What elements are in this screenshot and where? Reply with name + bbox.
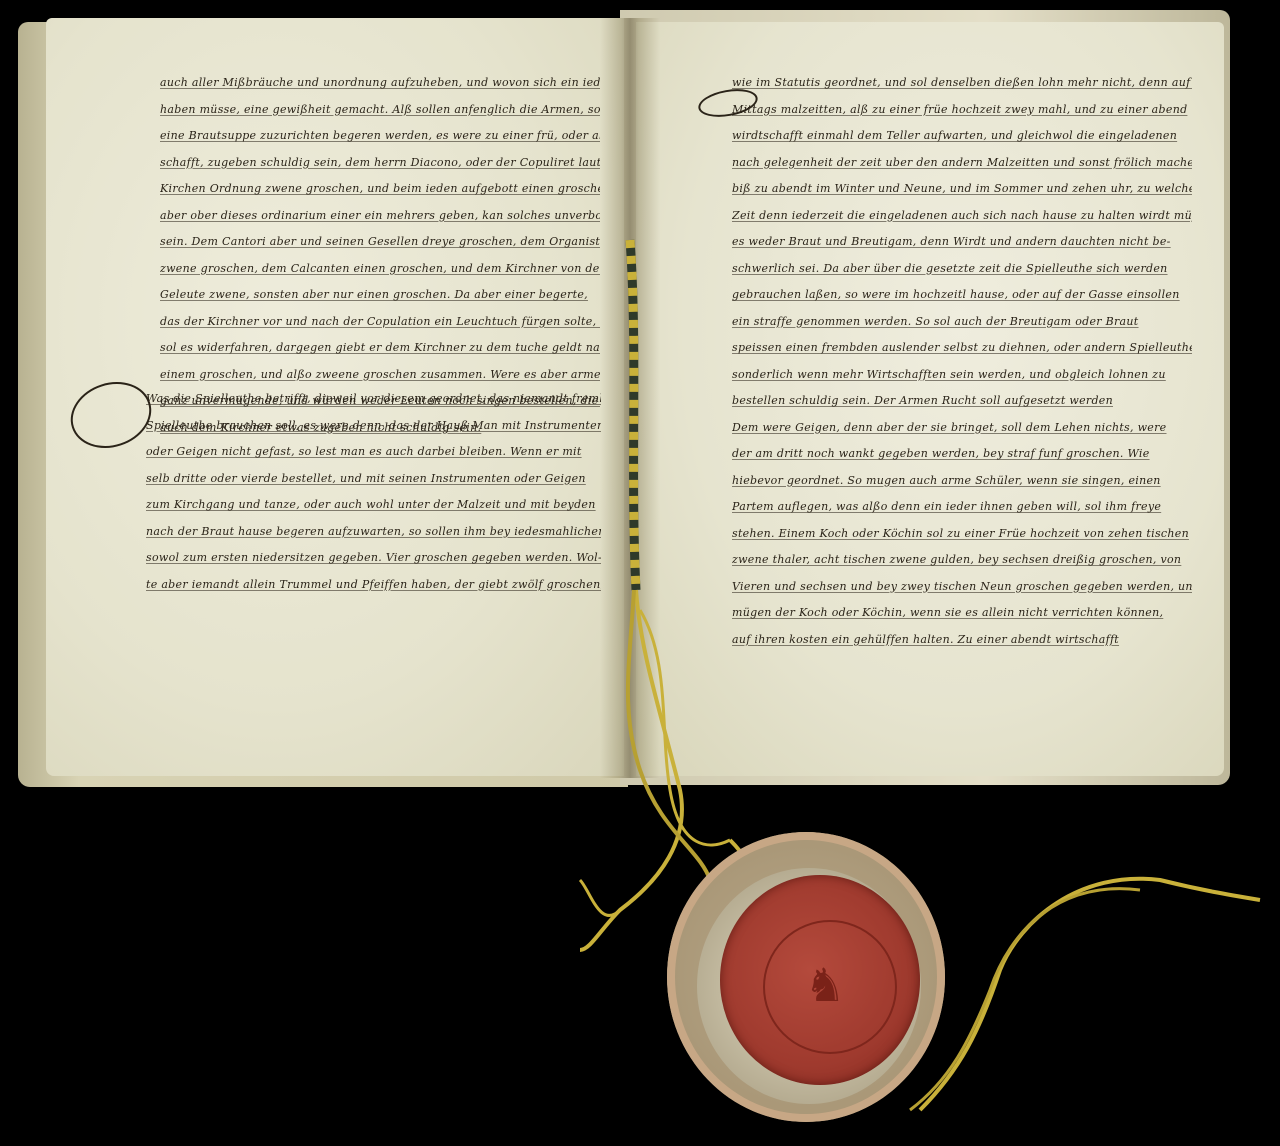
manuscript-line: Geleute zwene, sonsten aber nur einen gr… [160, 282, 600, 309]
manuscript-line: wirdtschafft einmahl dem Teller aufwarte… [732, 123, 1192, 150]
manuscript-line: nach gelegenheit der zeit uber den ander… [732, 150, 1192, 177]
manuscript-line: haben müsse, eine gewißheit gemacht. Alß… [160, 97, 600, 124]
manuscript-line: sol es widerfahren, dargegen giebt er de… [160, 335, 600, 362]
manuscript-line: Was die Spielleuthe betrifft, dieweil vo… [146, 386, 601, 413]
manuscript-line: das der Kirchner vor und nach der Copula… [160, 309, 600, 336]
manuscript-line: auch aller Mißbräuche und unordnung aufz… [160, 70, 600, 97]
left-page-paragraph-2: Was die Spielleuthe betrifft, dieweil vo… [146, 386, 601, 598]
manuscript-line: sein. Dem Cantori aber und seinen Gesell… [160, 229, 600, 256]
manuscript-line: te aber iemandt allein Trummel und Pfeif… [146, 572, 601, 599]
manuscript-line: nach der Braut hause begeren aufzuwarten… [146, 519, 601, 546]
manuscript-line: wie im Statutis geordnet, und sol densel… [732, 70, 1192, 97]
manuscript-line: eine Brautsuppe zuzurichten begeren werd… [160, 123, 600, 150]
manuscript-line: biß zu abendt im Winter und Neune, und i… [732, 176, 1192, 203]
manuscript-line: Spielleuthe brauchen soll, es were denn,… [146, 413, 601, 440]
manuscript-line: Kirchen Ordnung zwene groschen, und beim… [160, 176, 600, 203]
manuscript-line: sowol zum ersten niedersitzen gegeben. V… [146, 545, 601, 572]
knight-on-horse-icon: ♞ [790, 945, 860, 1025]
manuscript-line: zwene groschen, dem Calcanten einen gros… [160, 256, 600, 283]
manuscript-line: Zeit denn iederzeit die eingeladenen auc… [732, 203, 1192, 230]
manuscript-line: selb dritte oder vierde bestellet, und m… [146, 466, 601, 493]
manuscript-line: aber ober dieses ordinarium einer ein me… [160, 203, 600, 230]
manuscript-line: oder Geigen nicht gefast, so lest man es… [146, 439, 601, 466]
manuscript-line: schafft, zugeben schuldig sein, dem herr… [160, 150, 600, 177]
manuscript-line: zum Kirchgang und tanze, oder auch wohl … [146, 492, 601, 519]
manuscript-line: Mittags malzeitten, alß zu einer früe ho… [732, 97, 1192, 124]
manuscript-line: einem groschen, und alßo zweene groschen… [160, 362, 600, 389]
